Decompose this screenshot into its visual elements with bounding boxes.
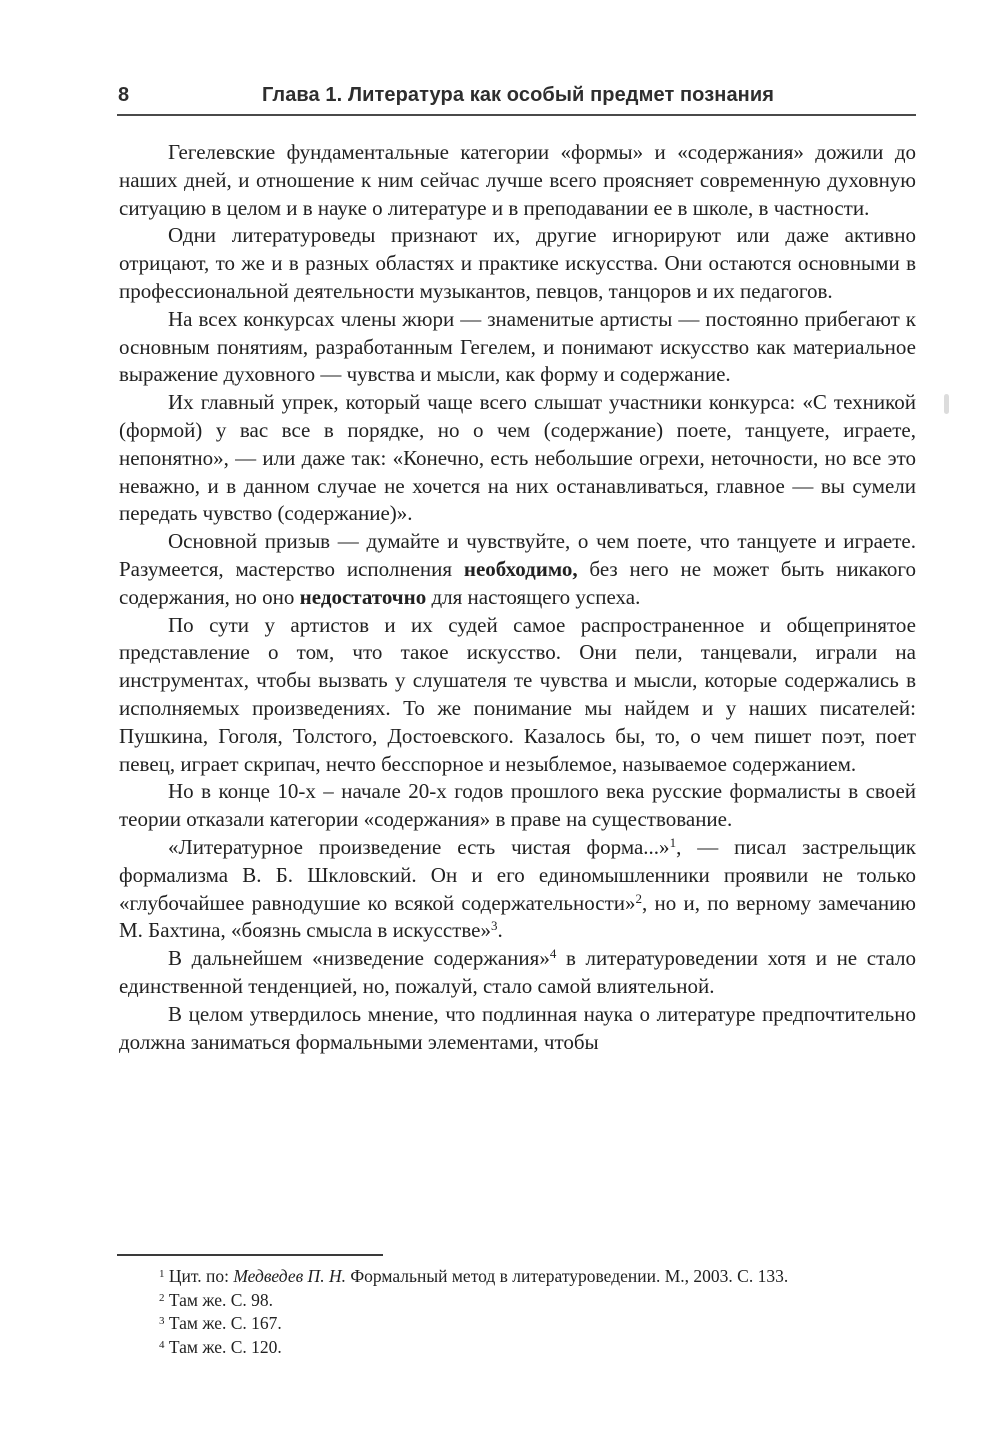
text-run: По сути у артистов и их судей самое расп… — [119, 613, 916, 776]
footnote-reference: 2 — [636, 891, 643, 906]
body-text: Гегелевские фундаментальные категории «ф… — [119, 139, 916, 1056]
paragraph: В целом утвердилось мнение, что подлинна… — [119, 1001, 916, 1057]
text-run: для настоящего успеха. — [426, 585, 640, 609]
footnote-reference: 1 — [670, 835, 677, 850]
paragraph: Основной призыв — думайте и чувствуйте, … — [119, 528, 916, 611]
text-run: необходимо, — [464, 557, 578, 581]
footnote-reference: 3 — [491, 918, 498, 933]
running-head: Глава 1. Литература как особый предмет п… — [120, 84, 916, 107]
text-run: Там же. С. 98. — [169, 1290, 273, 1310]
text-run: «Литературное произведение есть чистая ф… — [168, 835, 670, 859]
text-run: недостаточно — [300, 585, 427, 609]
footnote: 2 Там же. С. 98. — [119, 1289, 916, 1313]
paragraph: Но в конце 10-х – начале 20-х годов прош… — [119, 778, 916, 834]
text-run: Цит. по: — [169, 1266, 233, 1286]
footnotes: 1 Цит. по: Медведев П. Н. Формальный мет… — [119, 1265, 916, 1359]
paragraph: Их главный упрек, который чаще всего слы… — [119, 389, 916, 528]
text-run: . — [497, 918, 502, 942]
text-run: Гегелевские фундаментальные категории «ф… — [119, 140, 916, 220]
text-run: Но в конце 10-х – начале 20-х годов прош… — [119, 779, 916, 831]
text-run: В целом утвердилось мнение, что подлинна… — [119, 1002, 916, 1054]
footnote: 4 Там же. С. 120. — [119, 1336, 916, 1360]
footnote-marker: 3 — [159, 1315, 165, 1327]
paragraph: В дальнейшем «низведение содержания»4 в … — [119, 945, 916, 1001]
footnote-marker: 4 — [159, 1339, 165, 1351]
footnote-reference: 4 — [550, 946, 557, 961]
text-run: Там же. С. 120. — [169, 1337, 282, 1357]
header-rule — [117, 114, 916, 116]
text-run: Одни литературоведы признают их, другие … — [119, 223, 916, 303]
paragraph: Гегелевские фундаментальные категории «ф… — [119, 139, 916, 222]
text-run: На всех конкурсах члены жюри — знамениты… — [119, 307, 916, 387]
paragraph: «Литературное произведение есть чистая ф… — [119, 834, 916, 945]
text-run: В дальнейшем «низведение содержания» — [168, 946, 550, 970]
footnote-separator — [117, 1254, 383, 1256]
footnote: 1 Цит. по: Медведев П. Н. Формальный мет… — [119, 1265, 916, 1289]
paragraph: По сути у артистов и их судей самое расп… — [119, 612, 916, 779]
scan-artifact — [944, 394, 949, 414]
paragraph: Одни литературоведы признают их, другие … — [119, 222, 916, 305]
text-run: Их главный упрек, который чаще всего слы… — [119, 390, 916, 525]
paragraph: На всех конкурсах члены жюри — знамениты… — [119, 306, 916, 389]
footnote-marker: 2 — [159, 1292, 165, 1304]
text-run: Формальный метод в литературоведении. М.… — [346, 1266, 788, 1286]
text-run: Медведев П. Н. — [233, 1266, 346, 1286]
book-page: 8 Глава 1. Литература как особый предмет… — [0, 0, 1000, 1456]
footnote: 3 Там же. С. 167. — [119, 1312, 916, 1336]
footnote-marker: 1 — [159, 1268, 165, 1280]
text-run: Там же. С. 167. — [169, 1313, 282, 1333]
